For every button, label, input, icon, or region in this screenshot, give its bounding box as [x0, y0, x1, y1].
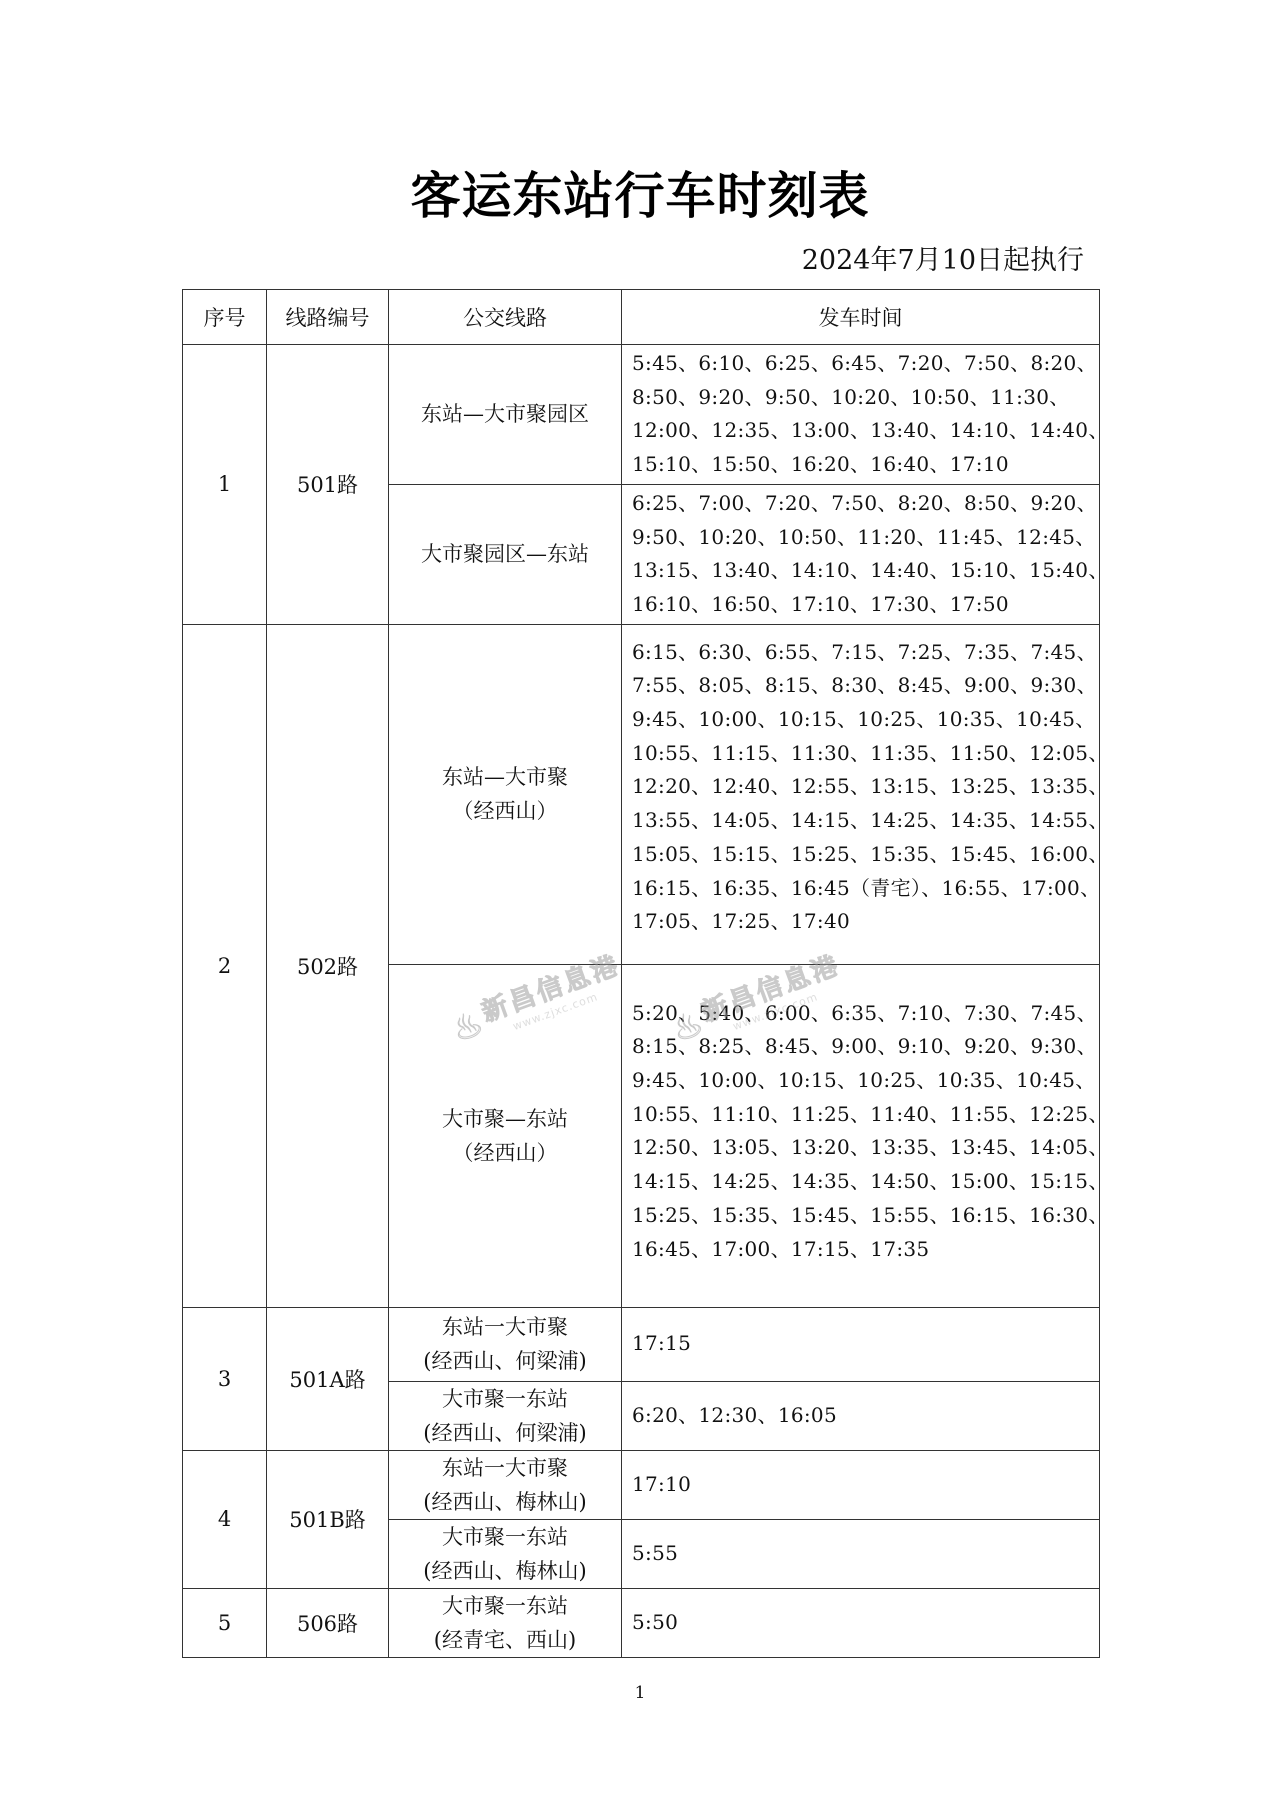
route-line: (经西山、何梁浦) — [389, 1344, 621, 1378]
departure-times: 6:20、12:30、16:05 — [622, 1381, 1100, 1450]
route-line: (经西山、何梁浦) — [389, 1416, 621, 1450]
timetable: 序号 线路编号 公交线路 发车时间 1 501路 东站—大市聚园区 5:45、6… — [182, 289, 1100, 1658]
times-line: 16:15、16:35、16:45（青宅）、16:55、17:00、 — [632, 872, 1095, 906]
times-line: 13:15、13:40、14:10、14:40、15:10、15:40、 — [632, 554, 1095, 588]
line-index: 5 — [183, 1588, 267, 1657]
departure-times: 17:10 — [622, 1450, 1100, 1519]
route-line: 大市聚一东站 — [389, 1382, 621, 1416]
route-line: 大市聚一东站 — [389, 1589, 621, 1623]
route-line: （经西山） — [389, 794, 621, 828]
times-line: 9:50、10:20、10:50、11:20、11:45、12:45、 — [632, 521, 1095, 555]
times-line: 6:25、7:00、7:20、7:50、8:20、8:50、9:20、 — [632, 487, 1095, 521]
departure-times: 6:15、6:30、6:55、7:15、7:25、7:35、7:45、 7:55… — [622, 624, 1100, 964]
times-line: 16:45、17:00、17:15、17:35 — [632, 1233, 1095, 1267]
table-row: 2 502路 东站—大市聚 （经西山） 6:15、6:30、6:55、7:15、… — [183, 624, 1100, 964]
route-line: 大市聚园区—东站 — [389, 537, 621, 571]
times-line: 16:10、16:50、17:10、17:30、17:50 — [632, 588, 1095, 622]
header-route: 公交线路 — [389, 290, 622, 345]
header-departure-times: 发车时间 — [622, 290, 1100, 345]
route-name: 大市聚—东站 （经西山） — [389, 964, 622, 1307]
header-index: 序号 — [183, 290, 267, 345]
line-number: 501路 — [267, 345, 389, 625]
departure-times: 5:50 — [622, 1588, 1100, 1657]
page-title: 客运东站行车时刻表 — [0, 156, 1280, 228]
times-line: 17:15 — [632, 1327, 1095, 1361]
header-row: 序号 线路编号 公交线路 发车时间 — [183, 290, 1100, 345]
times-line: 15:10、15:50、16:20、16:40、17:10 — [632, 448, 1095, 482]
line-number: 501A路 — [267, 1307, 389, 1450]
times-line: 5:50 — [632, 1606, 1095, 1640]
times-line: 8:15、8:25、8:45、9:00、9:10、9:20、9:30、 — [632, 1030, 1095, 1064]
route-line: (经西山、梅林山) — [389, 1485, 621, 1519]
times-line: 14:15、14:25、14:35、14:50、15:00、15:15、 — [632, 1165, 1095, 1199]
route-name: 东站一大市聚 (经西山、梅林山) — [389, 1450, 622, 1519]
departure-times: 5:45、6:10、6:25、6:45、7:20、7:50、8:20、 8:50… — [622, 345, 1100, 485]
route-line: 大市聚一东站 — [389, 1520, 621, 1554]
table-row: 5 506路 大市聚一东站 (经青宅、西山) 5:50 — [183, 1588, 1100, 1657]
times-line: 9:45、10:00、10:15、10:25、10:35、10:45、 — [632, 1064, 1095, 1098]
line-number: 502路 — [267, 624, 389, 1307]
times-line: 7:55、8:05、8:15、8:30、8:45、9:00、9:30、 — [632, 669, 1095, 703]
route-line: (经青宅、西山) — [389, 1623, 621, 1657]
route-name: 东站—大市聚 （经西山） — [389, 624, 622, 964]
page-number: 1 — [0, 1683, 1280, 1703]
route-line: 东站—大市聚园区 — [389, 397, 621, 431]
times-line: 6:15、6:30、6:55、7:15、7:25、7:35、7:45、 — [632, 636, 1095, 670]
times-line: 6:20、12:30、16:05 — [632, 1399, 1095, 1433]
header-line-number: 线路编号 — [267, 290, 389, 345]
times-line: 5:20、5:40、6:00、6:35、7:10、7:30、7:45、 — [632, 997, 1095, 1031]
route-name: 大市聚一东站 (经西山、梅林山) — [389, 1519, 622, 1588]
line-number: 501B路 — [267, 1450, 389, 1588]
times-line: 12:00、12:35、13:00、13:40、14:10、14:40、 — [632, 414, 1095, 448]
departure-times: 17:15 — [622, 1307, 1100, 1381]
line-index: 4 — [183, 1450, 267, 1588]
route-name: 大市聚一东站 (经青宅、西山) — [389, 1588, 622, 1657]
departure-times: 6:25、7:00、7:20、7:50、8:20、8:50、9:20、 9:50… — [622, 484, 1100, 624]
table-row: 3 501A路 东站一大市聚 (经西山、何梁浦) 17:15 — [183, 1307, 1100, 1381]
route-line: 东站一大市聚 — [389, 1310, 621, 1344]
route-name: 东站一大市聚 (经西山、何梁浦) — [389, 1307, 622, 1381]
times-line: 12:20、12:40、12:55、13:15、13:25、13:35、 — [632, 770, 1095, 804]
times-line: 12:50、13:05、13:20、13:35、13:45、14:05、 — [632, 1131, 1095, 1165]
route-line: (经西山、梅林山) — [389, 1554, 621, 1588]
route-name: 大市聚园区—东站 — [389, 484, 622, 624]
table-row: 4 501B路 东站一大市聚 (经西山、梅林山) 17:10 — [183, 1450, 1100, 1519]
route-line: 大市聚—东站 — [389, 1102, 621, 1136]
departure-times: 5:20、5:40、6:00、6:35、7:10、7:30、7:45、 8:15… — [622, 964, 1100, 1307]
line-number: 506路 — [267, 1588, 389, 1657]
times-line: 10:55、11:10、11:25、11:40、11:55、12:25、 — [632, 1098, 1095, 1132]
table-row: 1 501路 东站—大市聚园区 5:45、6:10、6:25、6:45、7:20… — [183, 345, 1100, 485]
effective-date: 2024年7月10日起执行 — [802, 238, 1084, 277]
route-line: 东站—大市聚 — [389, 760, 621, 794]
times-line: 17:10 — [632, 1468, 1095, 1502]
route-name: 大市聚一东站 (经西山、何梁浦) — [389, 1381, 622, 1450]
times-line: 5:55 — [632, 1537, 1095, 1571]
line-index: 3 — [183, 1307, 267, 1450]
times-line: 8:50、9:20、9:50、10:20、10:50、11:30、 — [632, 381, 1095, 415]
route-name: 东站—大市聚园区 — [389, 345, 622, 485]
times-line: 17:05、17:25、17:40 — [632, 905, 1095, 939]
line-index: 1 — [183, 345, 267, 625]
departure-times: 5:55 — [622, 1519, 1100, 1588]
route-line: 东站一大市聚 — [389, 1451, 621, 1485]
times-line: 5:45、6:10、6:25、6:45、7:20、7:50、8:20、 — [632, 347, 1095, 381]
route-line: （经西山） — [389, 1136, 621, 1170]
times-line: 15:25、15:35、15:45、15:55、16:15、16:30、 — [632, 1199, 1095, 1233]
times-line: 9:45、10:00、10:15、10:25、10:35、10:45、 — [632, 703, 1095, 737]
times-line: 15:05、15:15、15:25、15:35、15:45、16:00、 — [632, 838, 1095, 872]
line-index: 2 — [183, 624, 267, 1307]
times-line: 10:55、11:15、11:30、11:35、11:50、12:05、 — [632, 737, 1095, 771]
times-line: 13:55、14:05、14:15、14:25、14:35、14:55、 — [632, 804, 1095, 838]
